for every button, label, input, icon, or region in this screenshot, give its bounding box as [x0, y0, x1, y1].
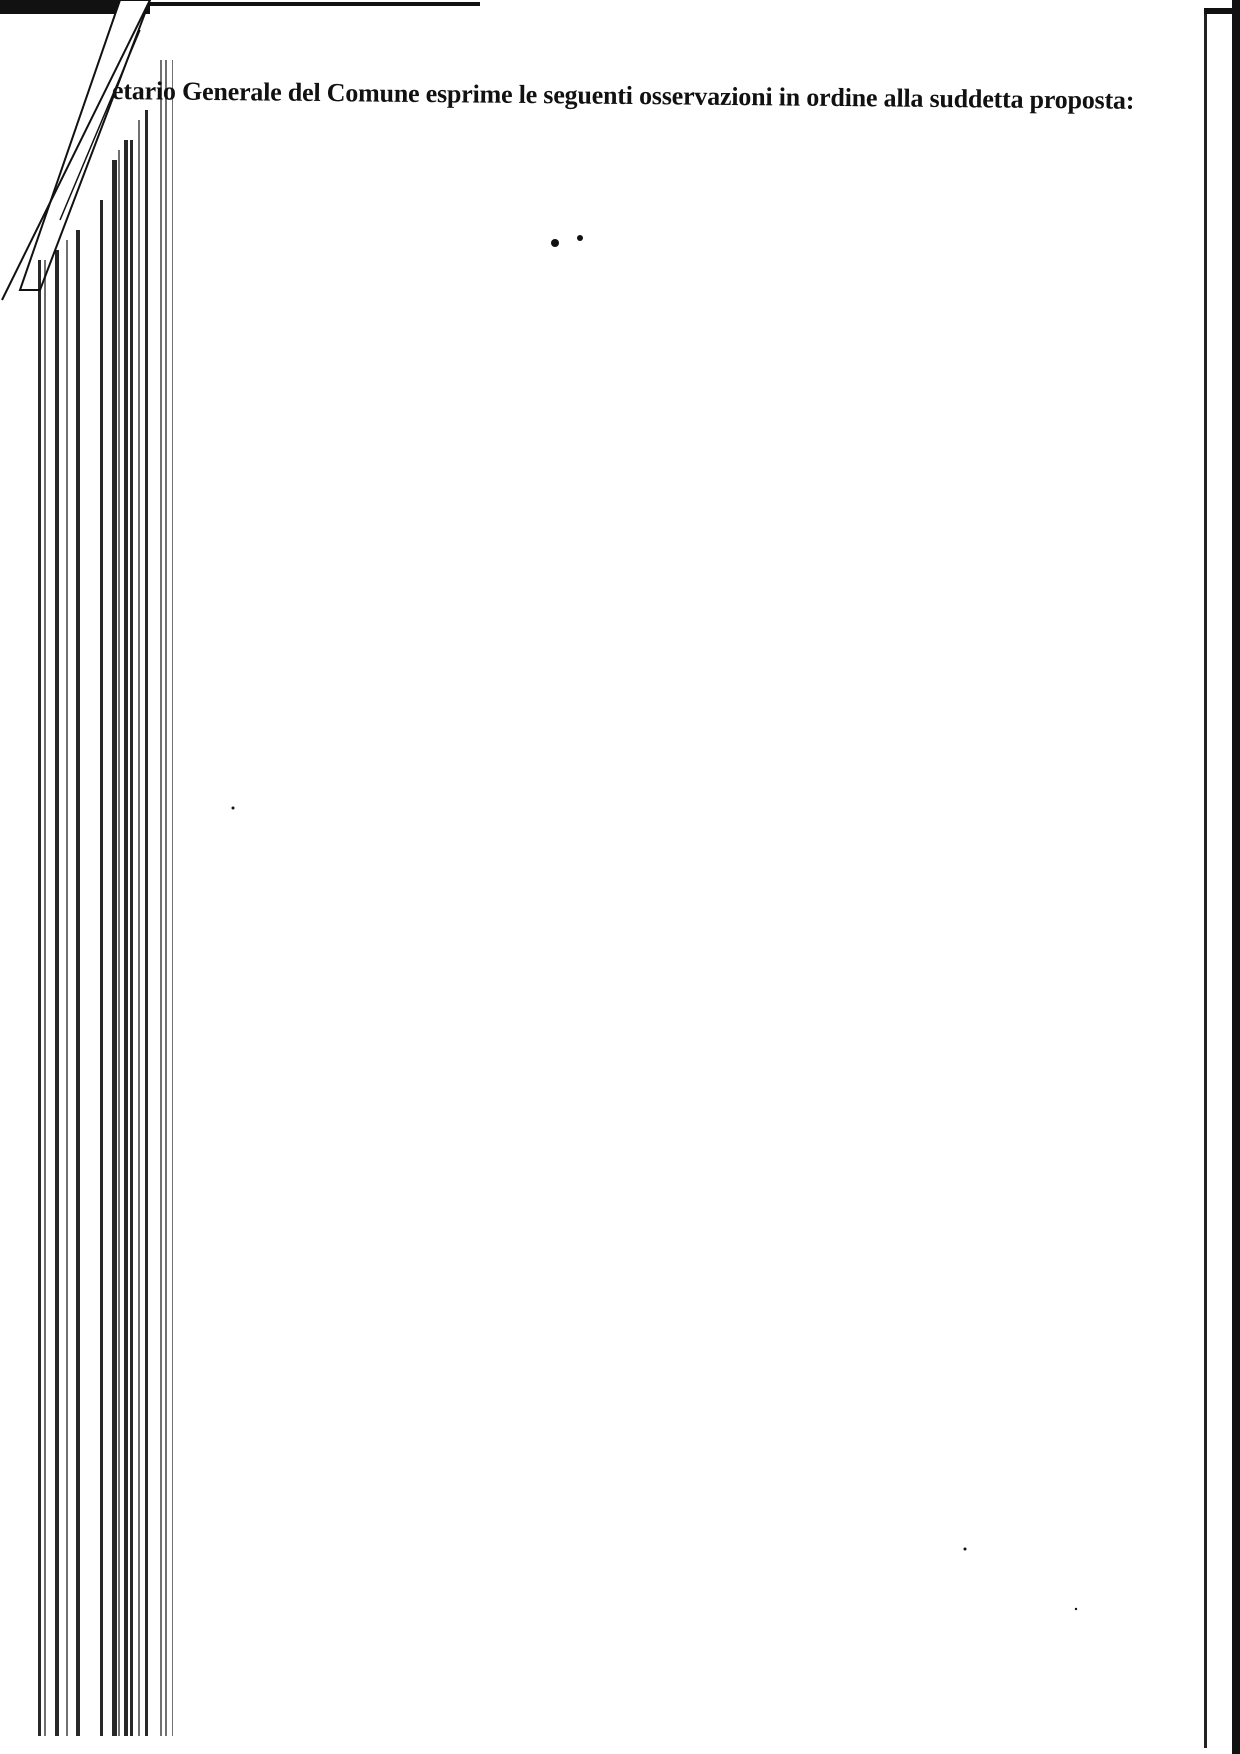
scan-artifacts	[0, 0, 1240, 1754]
scanned-page: etario Generale del Comune esprime le se…	[0, 0, 1240, 1754]
